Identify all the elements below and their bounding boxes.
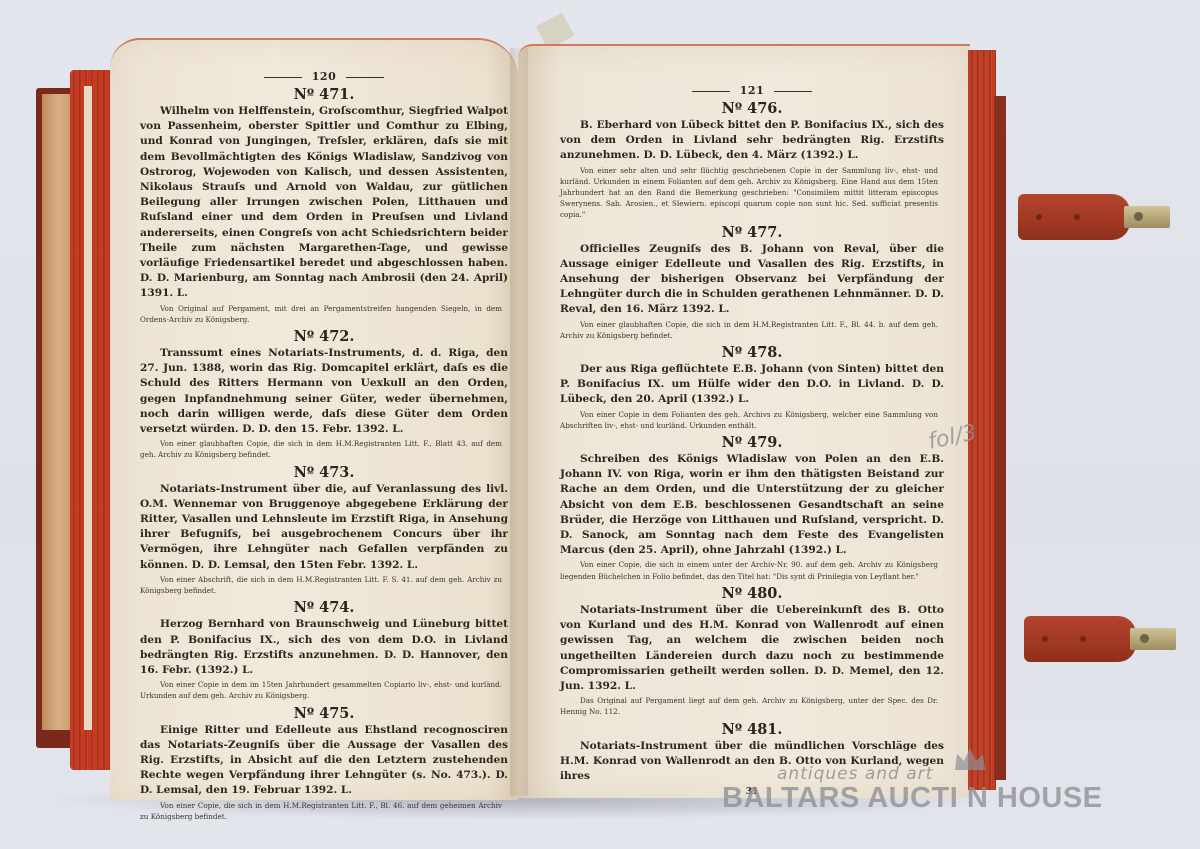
- entry-source-note: Von einer Copie, die sich in einem unter…: [560, 559, 938, 581]
- upper-clasp: [1018, 194, 1168, 240]
- watermark-tagline: antiques and art: [777, 764, 933, 784]
- entry-text: Notariats-Instrument über die Uebereinku…: [560, 603, 944, 694]
- entry-source-note: Von einer glaubhaften Copie, die sich in…: [140, 438, 502, 460]
- entry-474: Nº 474. Herzog Bernhard von Braunschweig…: [140, 599, 508, 701]
- lower-clasp: [1024, 616, 1174, 662]
- entry-number: Nº 471.: [140, 86, 508, 103]
- entry-text: Wilhelm von Helffenstein, Groſscomthur, …: [140, 104, 508, 302]
- entry-text: Transsumt eines Notariats-Instruments, d…: [140, 346, 508, 437]
- entry-471: Nº 471. Wilhelm von Helffenstein, Groſsc…: [140, 86, 508, 325]
- entry-text: Einige Ritter und Edelleute aus Ehstland…: [140, 723, 508, 799]
- entry-number: Nº 476.: [560, 100, 944, 117]
- entry-text: Der aus Riga geflüchtete E.B. Johann (vo…: [560, 362, 944, 408]
- entry-source-note: Das Original auf Pergament liegt auf dem…: [560, 695, 938, 717]
- folio-label: 121: [740, 84, 764, 97]
- entry-source-note: Von einer sehr alten und sehr flüchtig g…: [560, 165, 938, 221]
- right-cover: [994, 96, 1006, 780]
- entry-text: Herzog Bernhard von Braunschweig und Lün…: [140, 617, 508, 678]
- entry-478: Nº 478. Der aus Riga geflüchtete E.B. Jo…: [560, 344, 944, 431]
- entry-479: Nº 479. Schreiben des Königs Wladislaw v…: [560, 434, 944, 582]
- brass-catch: [1124, 206, 1170, 228]
- leather-strap: [1018, 194, 1130, 240]
- entry-number: Nº 477.: [560, 224, 944, 241]
- entry-480: Nº 480. Notariats-Instrument über die Ue…: [560, 585, 944, 718]
- page-number: 121: [560, 84, 944, 97]
- entry-source-note: Von einer glaubhaften Copie, die sich in…: [560, 319, 938, 341]
- entry-text: Notariats-Instrument über die, auf Veran…: [140, 482, 508, 573]
- entry-477: Nº 477. Officielles Zeugniſs des B. Joha…: [560, 224, 944, 341]
- entry-source-note: Von einer Copie in dem im 15ten Jahrhund…: [140, 679, 502, 701]
- entry-text: B. Eberhard von Lübeck bittet den P. Bon…: [560, 118, 944, 164]
- leather-strap: [1024, 616, 1136, 662]
- entry-source-note: Von einer Copie, die sich in dem H.M.Reg…: [140, 800, 502, 822]
- folio-label: 120: [312, 70, 336, 83]
- entry-number: Nº 481.: [560, 721, 944, 738]
- entry-number: Nº 480.: [560, 585, 944, 602]
- entry-number: Nº 478.: [560, 344, 944, 361]
- entry-source-note: Von einer Copie in dem Folianten des geh…: [560, 409, 938, 431]
- entry-472: Nº 472. Transsumt eines Notariats-Instru…: [140, 328, 508, 461]
- watermark-brand: BALTARS AUCTI N HOUSE: [722, 782, 1103, 815]
- entry-source-note: Von Original auf Pergament, mit drei an …: [140, 303, 502, 325]
- entry-number: Nº 479.: [560, 434, 944, 451]
- crown-icon: [953, 746, 987, 772]
- right-page-text: 121 Nº 476. B. Eberhard von Lübeck bitte…: [560, 84, 944, 797]
- edge-strip: [84, 86, 92, 730]
- entry-text: Officielles Zeugniſs des B. Johann von R…: [560, 242, 944, 318]
- page-number: 120: [140, 70, 508, 83]
- entry-number: Nº 475.: [140, 705, 508, 722]
- entry-473: Nº 473. Notariats-Instrument über die, a…: [140, 464, 508, 597]
- entry-number: Nº 474.: [140, 599, 508, 616]
- book-gutter: [510, 48, 528, 796]
- entry-source-note: Von einer Abschrift, die sich in dem H.M…: [140, 574, 502, 596]
- entry-476: Nº 476. B. Eberhard von Lübeck bittet de…: [560, 100, 944, 221]
- left-page-text: 120 Nº 471. Wilhelm von Helffenstein, Gr…: [140, 70, 508, 824]
- entry-text: Schreiben des Königs Wladislaw von Polen…: [560, 452, 944, 558]
- entry-number: Nº 473.: [140, 464, 508, 481]
- brass-catch: [1130, 628, 1176, 650]
- entry-475: Nº 475. Einige Ritter und Edelleute aus …: [140, 705, 508, 822]
- entry-number: Nº 472.: [140, 328, 508, 345]
